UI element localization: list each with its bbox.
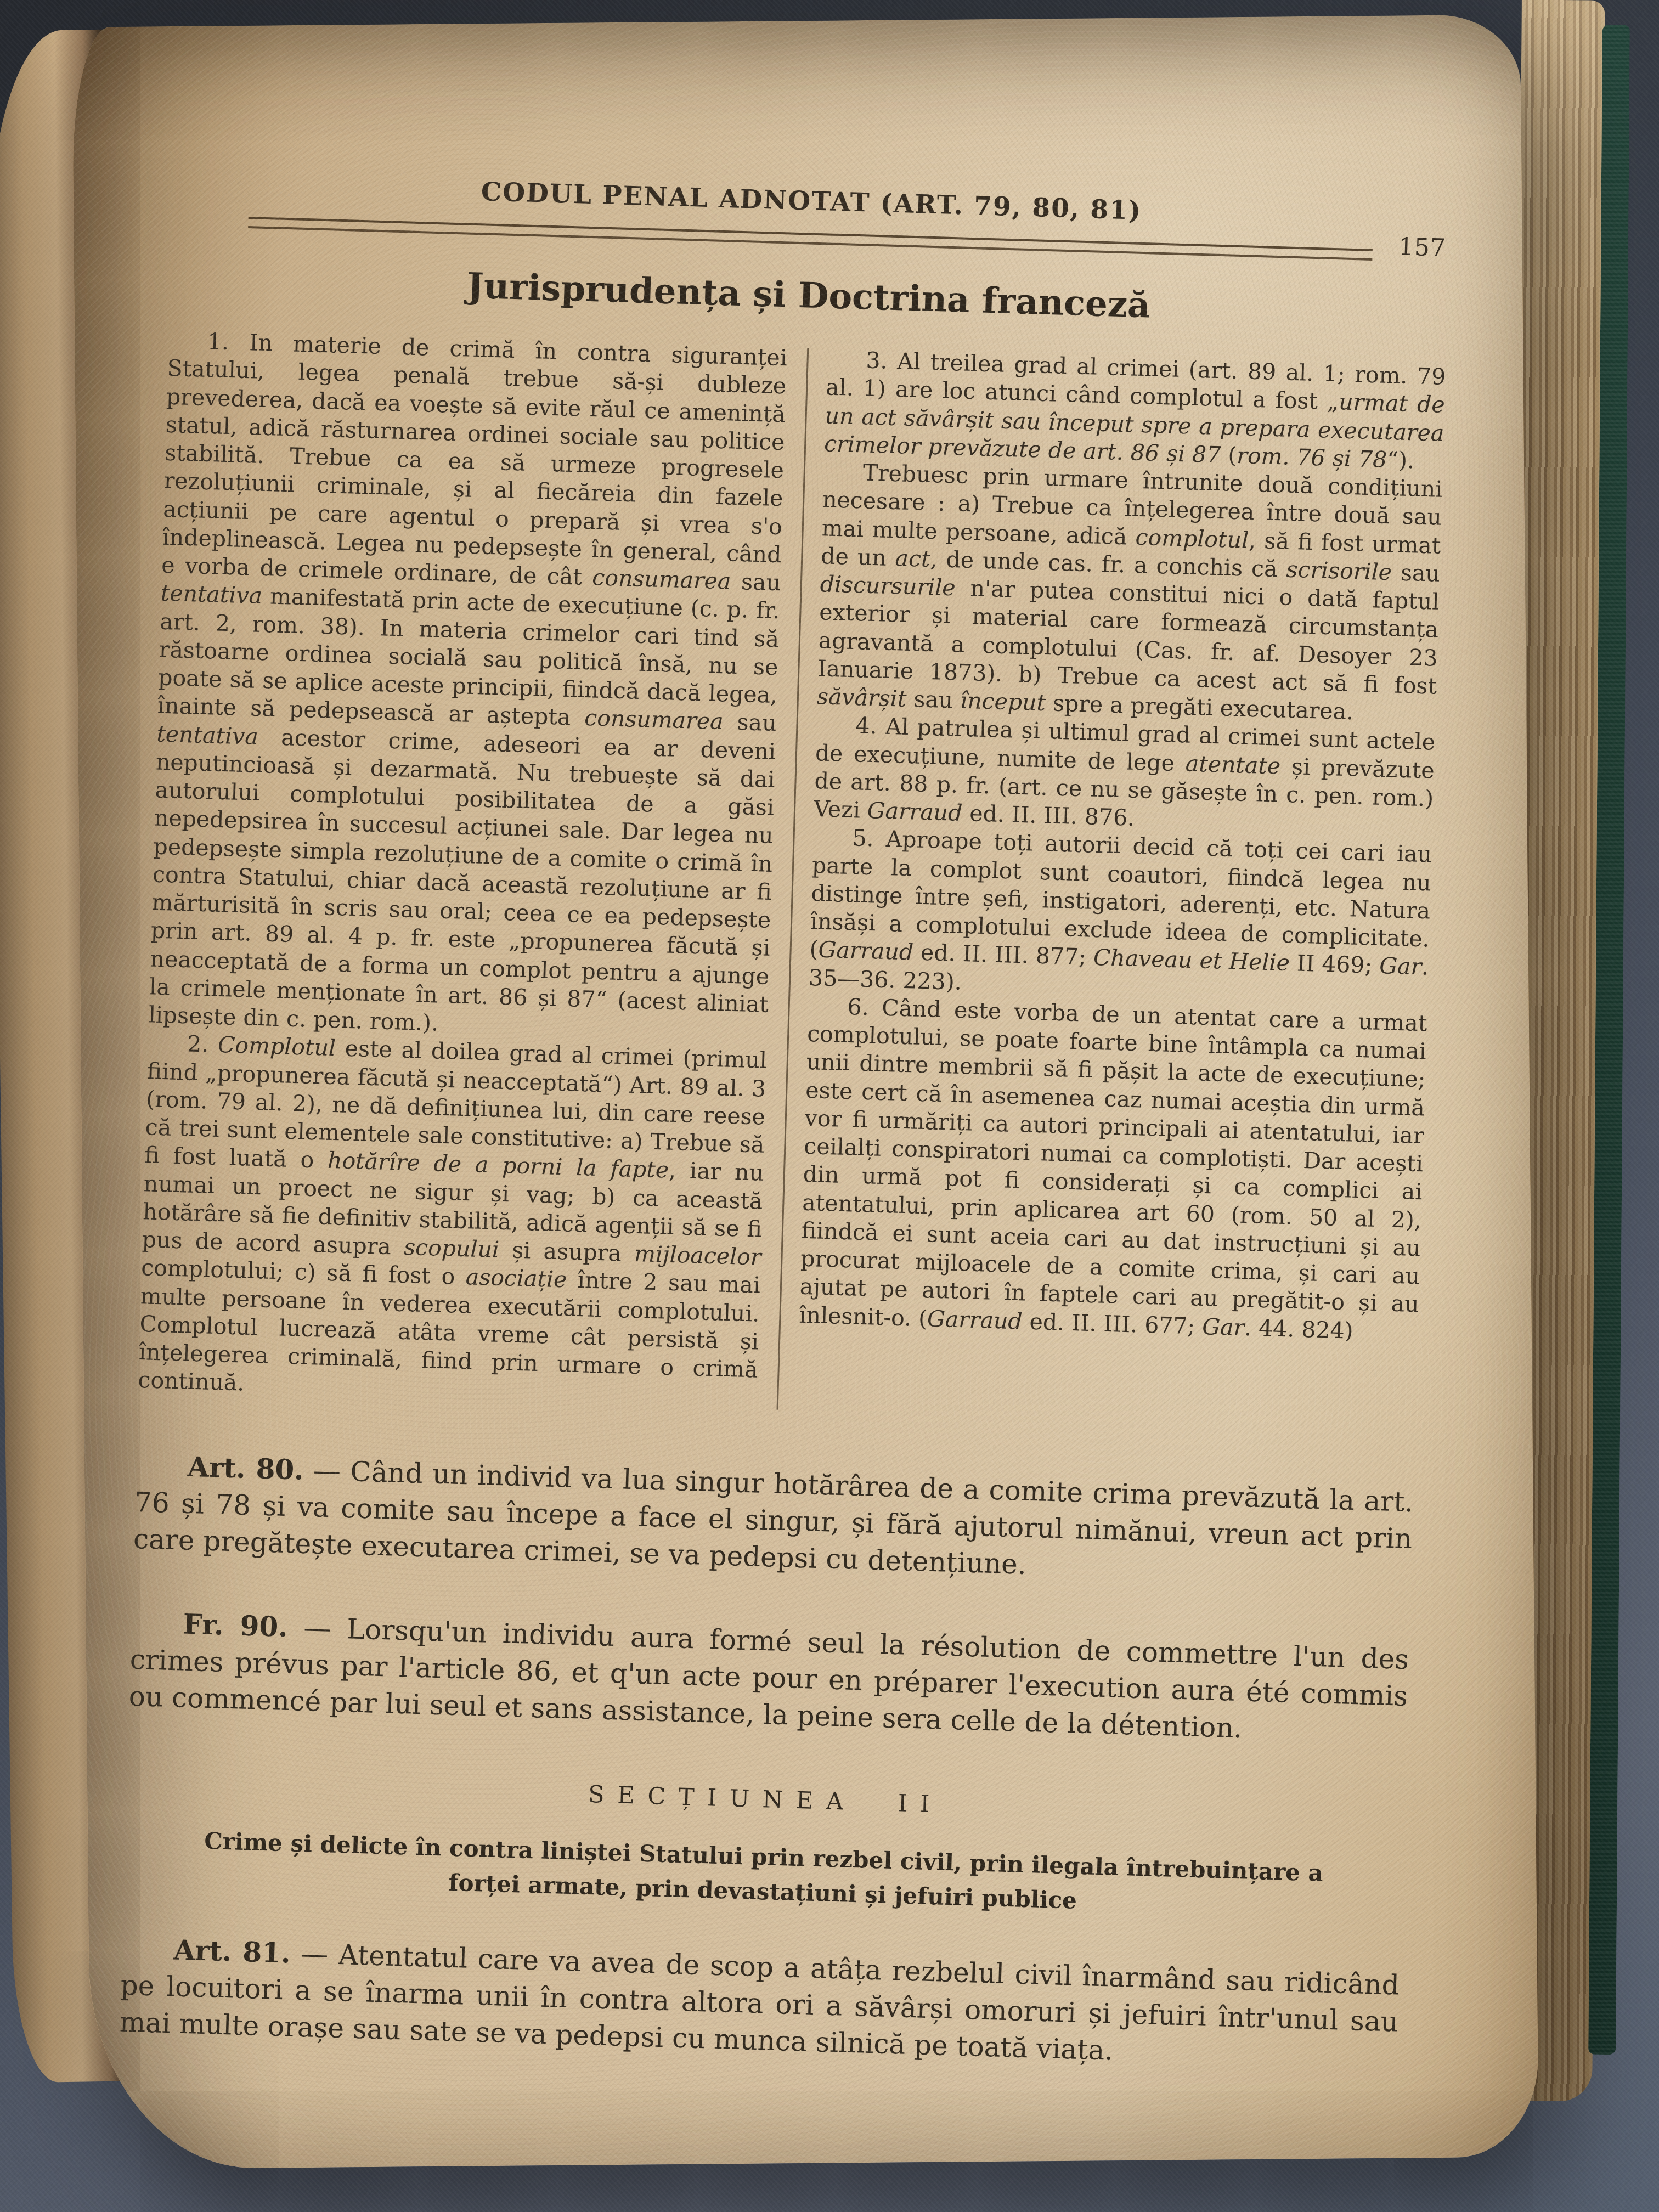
section-title: Jurisprudența și Doctrina franceză xyxy=(169,257,1448,335)
annotation-paragraph-2: 2. Complotul este al doilea grad al crim… xyxy=(138,1029,768,1412)
section-ii-subtitle: Crime și delicte în contra liniștei Stat… xyxy=(200,1823,1327,1925)
two-column-annotations: 1. In materie de crimă în contra siguran… xyxy=(138,326,1446,1431)
article-fr-90-text: Fr. 90. — Lorsqu'un individu aura formé … xyxy=(128,1604,1409,1751)
annotation-paragraph-3b: Trebuesc prin urmare întrunite două cond… xyxy=(816,458,1443,729)
running-head-title: CODUL PENAL ADNOTAT (ART. 79, 80, 81) xyxy=(481,177,1142,226)
article-80-text: Art. 80. — Când un individ va lua singur… xyxy=(133,1447,1414,1594)
left-column: 1. In materie de crimă în contra siguran… xyxy=(138,326,788,1412)
right-column: 3. Al treilea grad al crimei (art. 89 al… xyxy=(796,345,1446,1431)
book-photo-scene: CODUL PENAL ADNOTAT (ART. 79, 80, 81) 15… xyxy=(0,0,1659,2212)
section-ii-heading: SECȚIUNEA II xyxy=(126,1767,1404,1831)
annotation-paragraph-3: 3. Al treilea grad al crimei (art. 89 al… xyxy=(824,345,1446,475)
annotation-paragraph-1: 1. In materie de crimă în contra siguran… xyxy=(148,326,787,1047)
page-number: 157 xyxy=(1398,233,1446,262)
annotation-paragraph-4: 4. Al patrulea și ultimul grad al crimei… xyxy=(813,710,1435,840)
book-page: CODUL PENAL ADNOTAT (ART. 79, 80, 81) 15… xyxy=(72,15,1539,2170)
annotation-paragraph-5: 5. Aproape toți autorii decid că toți ce… xyxy=(808,823,1432,1009)
annotation-paragraph-6: 6. Când este vorba de un atentat care a … xyxy=(799,992,1427,1347)
page-content: CODUL PENAL ADNOTAT (ART. 79, 80, 81) 15… xyxy=(119,168,1451,2077)
article-81-text: Art. 81. — Atentatul care va avea de sco… xyxy=(119,1929,1400,2077)
